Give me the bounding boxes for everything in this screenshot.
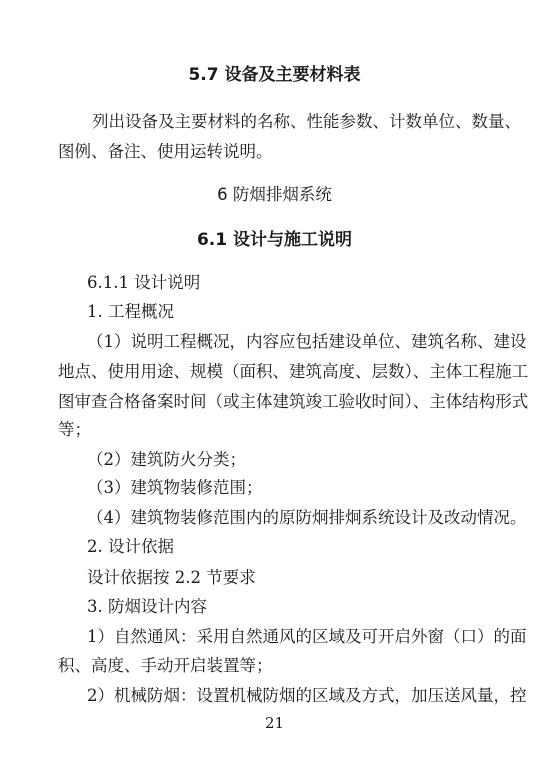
item3-para1-line2: 积、高度、手动开启装置等； <box>58 656 273 676</box>
section-5-7-paragraph-line2: 图例、备注、使用运转说明。 <box>58 142 273 162</box>
item1-para2: （2）建筑防火分类； <box>87 450 246 470</box>
chapter-6-heading: 6 防烟排烟系统 <box>0 185 549 205</box>
item3-para2-line1: 2）机械防烟：设置机械防烟的区域及方式，加压送风量，控 <box>87 686 510 706</box>
page-number: 21 <box>0 713 549 733</box>
item1-para1-line1: （1）说明工程概况，内容应包括建设单位、建筑名称、建设 <box>87 332 510 352</box>
section-5-7-paragraph-line1: 列出设备及主要材料的名称、性能参数、计数单位、数量、 <box>92 112 510 132</box>
section-5-7-heading: 5.7 设备及主要材料表 <box>0 65 549 85</box>
item1-para4: （4）建筑物装修范围内的原防炯排炯系统设计及改动情况。 <box>87 508 510 528</box>
item3-title: 3. 防烟设计内容 <box>87 597 207 617</box>
item1-para3: （3）建筑物装修范围； <box>87 478 263 498</box>
item1-title: 1. 工程概况 <box>87 302 174 322</box>
item2-title: 2. 设计依据 <box>87 537 174 557</box>
item1-para1-line3: 图审查合格备案时间（或主体建筑竣工验收时间）、主体结构形式 <box>58 392 510 412</box>
item2-text: 设计依据按 2.2 节要求 <box>87 568 256 588</box>
item1-para1-line2: 地点、使用用途、规模（面积、建筑高度、层数）、主体工程施工 <box>58 362 510 382</box>
item3-para1-line1: 1）自然通风：采用自然通风的区域及可开启外窗（口）的面 <box>87 627 510 647</box>
item1-para1-line4: 等； <box>58 420 91 440</box>
subsection-6-1-1-heading: 6.1.1 设计说明 <box>87 273 200 293</box>
section-6-1-heading: 6.1 设计与施工说明 <box>0 230 549 250</box>
